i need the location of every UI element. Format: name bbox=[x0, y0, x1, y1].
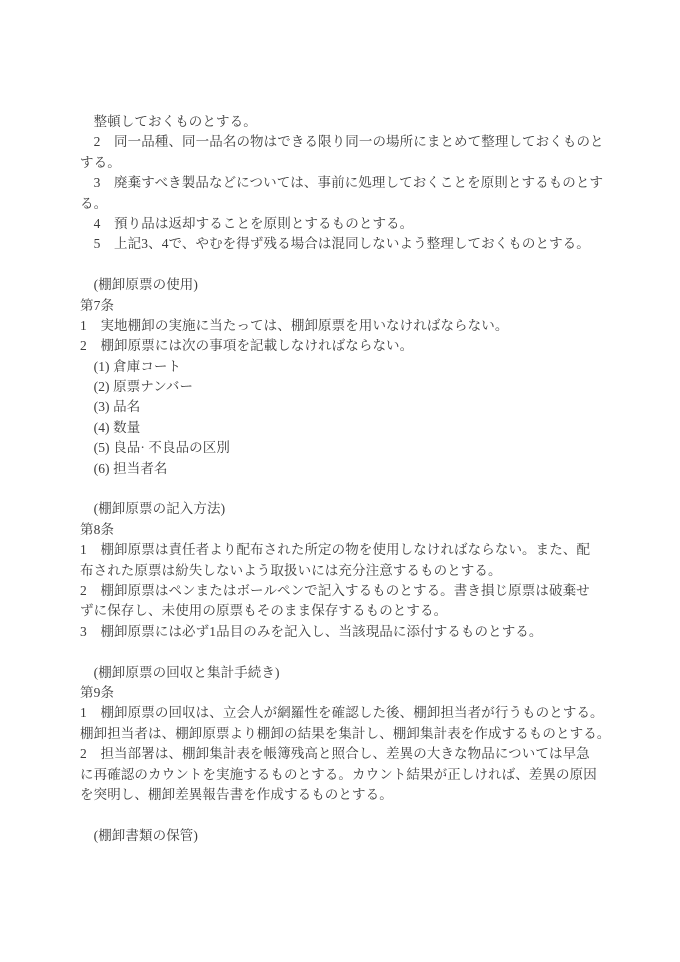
numbered-paragraph: 4 預り品は返却することを原則とするものとする。 bbox=[80, 214, 620, 234]
numbered-paragraph: 3 廃棄すべき製品などについては、事前に処理しておくことを原則とするものとす bbox=[80, 173, 620, 193]
list-item: (1) 倉庫コート bbox=[80, 357, 620, 377]
section-caption: (棚卸原票の使用) bbox=[80, 275, 620, 295]
body-line: ずに保存し、未使用の原票もそのまま保存するものとする。 bbox=[80, 601, 620, 621]
blank-line bbox=[80, 479, 620, 499]
article-number: 第8条 bbox=[80, 520, 620, 540]
numbered-paragraph: 2 同一品種、同一品名の物はできる限り同一の場所にまとめて整理しておくものと bbox=[80, 132, 620, 152]
article-number: 第9条 bbox=[80, 683, 620, 703]
body-line: 整頓しておくものとする。 bbox=[80, 112, 620, 132]
section-caption: (棚卸書類の保管) bbox=[80, 826, 620, 846]
numbered-paragraph: 1 棚卸原票の回収は、立会人が網羅性を確認した後、棚卸担当者が行うものとする。 bbox=[80, 703, 620, 723]
blank-line bbox=[80, 255, 620, 275]
section-caption: (棚卸原票の回収と集計手続き) bbox=[80, 663, 620, 683]
numbered-paragraph: 1 棚卸原票は責任者より配布された所定の物を使用しなければならない。また、配 bbox=[80, 540, 620, 560]
body-line: 布された原票は紛失しないよう取扱いには充分注意するものとする。 bbox=[80, 561, 620, 581]
body-line: 棚卸担当者は、棚卸原票より棚卸の結果を集計し、棚卸集計表を作成するものとする。 bbox=[80, 724, 620, 744]
numbered-paragraph: 2 担当部署は、棚卸集計表を帳簿残高と照合し、差異の大きな物品については早急 bbox=[80, 744, 620, 764]
list-item: (3) 品名 bbox=[80, 397, 620, 417]
article-number: 第7条 bbox=[80, 296, 620, 316]
numbered-paragraph: 3 棚卸原票には必ず1品目のみを記入し、当該現品に添付するものとする。 bbox=[80, 622, 620, 642]
list-item: (2) 原票ナンバー bbox=[80, 377, 620, 397]
blank-line bbox=[80, 642, 620, 662]
numbered-paragraph: 1 実地棚卸の実施に当たっては、棚卸原票を用いなければならない。 bbox=[80, 316, 620, 336]
list-item: (5) 良品· 不良品の区別 bbox=[80, 438, 620, 458]
body-line: を突明し、棚卸差異報告書を作成するものとする。 bbox=[80, 785, 620, 805]
section-caption: (棚卸原票の記入方法) bbox=[80, 499, 620, 519]
document-text-block: 整頓しておくものとする。 2 同一品種、同一品名の物はできる限り同一の場所にまと… bbox=[80, 112, 620, 846]
list-item: (6) 担当者名 bbox=[80, 459, 620, 479]
body-line: る。 bbox=[80, 194, 620, 214]
list-item: (4) 数量 bbox=[80, 418, 620, 438]
document-page: 整頓しておくものとする。 2 同一品種、同一品名の物はできる限り同一の場所にまと… bbox=[0, 0, 680, 962]
blank-line bbox=[80, 805, 620, 825]
body-line: に再確認のカウントを実施するものとする。カウント結果が正しければ、差異の原因 bbox=[80, 765, 620, 785]
numbered-paragraph: 5 上記3、4で、やむを得ず残る場合は混同しないよう整理しておくものとする。 bbox=[80, 234, 620, 254]
numbered-paragraph: 2 棚卸原票には次の事項を記載しなければならない。 bbox=[80, 336, 620, 356]
body-line: する。 bbox=[80, 153, 620, 173]
numbered-paragraph: 2 棚卸原票はペンまたはボールペンで記入するものとする。書き損じ原票は破棄せ bbox=[80, 581, 620, 601]
